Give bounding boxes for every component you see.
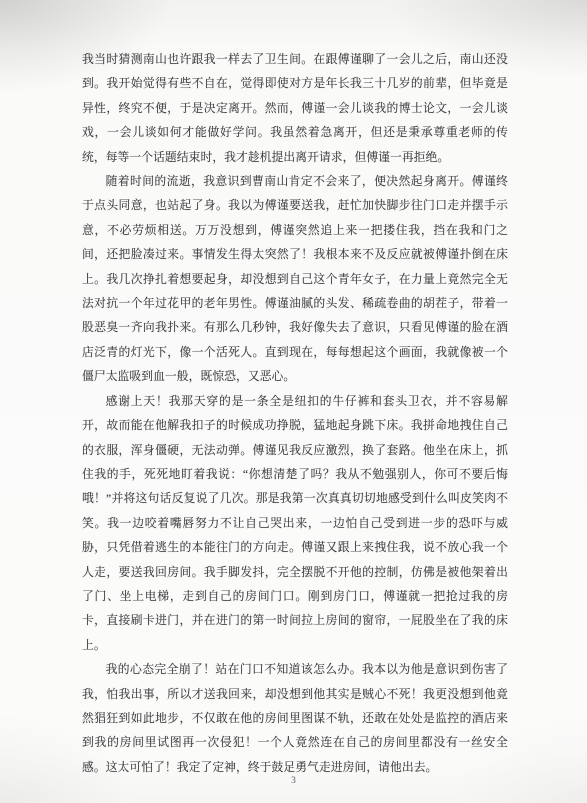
paragraph: 随着时间的流逝，我意识到曹南山肯定不会来了，便决然起身离开。傅谨终于点头同意，也… <box>82 169 508 389</box>
paragraph: 我当时猜测南山也许跟我一样去了卫生间。在跟傅谨聊了一会儿之后，南山还没到。我开始… <box>82 47 508 169</box>
body-text: 我当时猜测南山也许跟我一样去了卫生间。在跟傅谨聊了一会儿之后，南山还没到。我开始… <box>82 47 508 779</box>
scanned-document-page: 我当时猜测南山也许跟我一样去了卫生间。在跟傅谨聊了一会儿之后，南山还没到。我开始… <box>0 0 587 803</box>
page-number: 3 <box>0 776 587 786</box>
paragraph: 感谢上天！我那天穿的是一条全是纽扣的牛仔裤和套头卫衣，并不容易解开，故而能在他解… <box>82 389 508 657</box>
paragraph: 我的心态完全崩了！站在门口不知道该怎么办。我本以为他是意识到伤害了我，怕我出事，… <box>82 657 508 779</box>
